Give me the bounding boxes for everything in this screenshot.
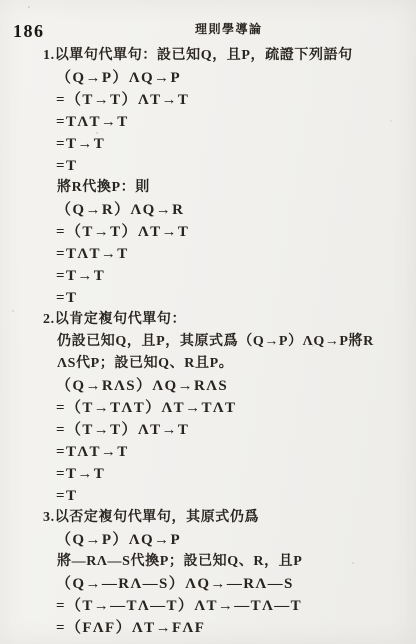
- formula-line: （Q→RΛS）ΛQ→RΛS: [0, 375, 416, 397]
- formula-line: =T→T: [0, 463, 416, 485]
- formula-line: =（T→T）ΛT→T: [0, 221, 416, 243]
- running-title: 理則學導論: [195, 20, 263, 37]
- formula-line: （Q→P）ΛQ→P: [0, 529, 416, 551]
- formula-line: （Q→—RΛ—S）ΛQ→—RΛ—S: [0, 573, 416, 595]
- formula-line: =TΛT→T: [0, 441, 416, 463]
- formula-line: （Q→P）ΛQ→P: [0, 67, 416, 89]
- text-line: ΛS代P；設已知Q、R且P。: [0, 353, 416, 375]
- formula-line: =（T→T）ΛT→T: [0, 89, 416, 111]
- page-content: 1.以單句代單句：設已知Q，且P，疏證下列語句 （Q→P）ΛQ→P =（T→T）…: [0, 45, 416, 639]
- section-3-heading: 3.以否定複句代單句，其原式仍爲: [0, 507, 416, 529]
- formula-line: =TΛT→T: [0, 243, 416, 265]
- formula-line: （Q→R）ΛQ→R: [0, 199, 416, 221]
- formula-line: =T: [0, 485, 416, 507]
- section-2-heading: 2.以肯定複句代單句：: [0, 309, 416, 331]
- text-line: 仍設已知Q，且P，其原式爲（Q→P）ΛQ→P將R: [0, 331, 416, 353]
- formula-line: =（FΛF）ΛT→FΛF: [0, 617, 416, 639]
- section-1-heading: 1.以單句代單句：設已知Q，且P，疏證下列語句: [0, 45, 416, 67]
- formula-line: =T→T: [0, 265, 416, 287]
- page-number: 186: [13, 21, 45, 42]
- formula-line: =T: [0, 287, 416, 309]
- text-line: 將R代換P：則: [0, 177, 416, 199]
- formula-line: =（T→TΛT）ΛT→TΛT: [0, 397, 416, 419]
- formula-line: =TΛT→T: [0, 111, 416, 133]
- text-line: 將—RΛ—S代換P；設已知Q、R，且P: [0, 551, 416, 573]
- formula-line: =（T→T）ΛT→T: [0, 419, 416, 441]
- formula-line: =T: [0, 155, 416, 177]
- formula-line: =（T→—TΛ—T）ΛT→—TΛ—T: [0, 595, 416, 617]
- formula-line: =T→T: [0, 133, 416, 155]
- book-page: 186 理則學導論 1.以單句代單句：設已知Q，且P，疏證下列語句 （Q→P）Λ…: [0, 0, 416, 644]
